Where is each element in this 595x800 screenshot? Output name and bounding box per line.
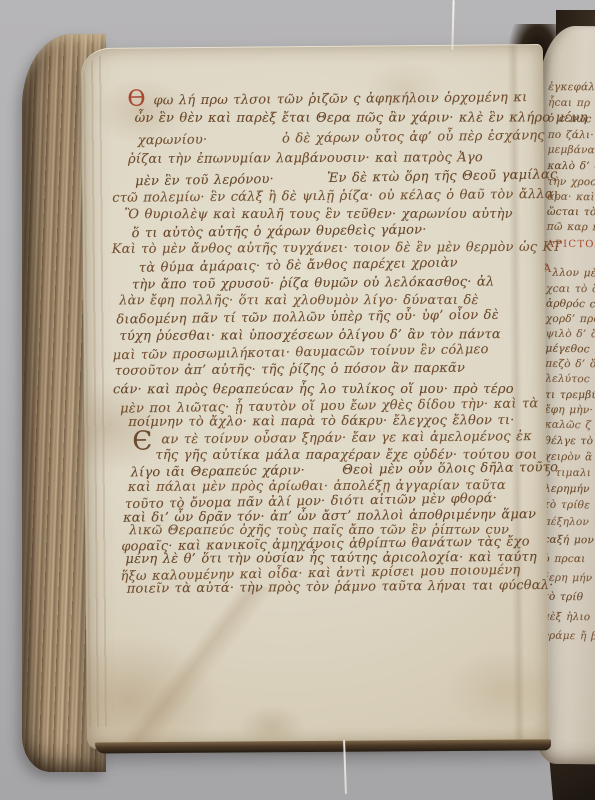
margin-text-line: ὥϲται τὸ [547, 207, 595, 218]
text-line: ποίμνην τὸ ἄχλο· καὶ παρὰ τὸ δάκρυ· ἔλεγ… [128, 414, 514, 429]
margin-text-line: πεζὸ δ’ ὅ [545, 359, 595, 370]
margin-text-line: μεμβάνα· ὁ [547, 145, 595, 156]
margin-text-line: τι τρεμβύλ [545, 390, 595, 401]
text-line: τύχη ῥύεσθαι· καὶ ὑποσχέσεων ὀλίγου δ’ ἂ… [119, 328, 500, 343]
text-line: τὰ θύμα ἀμάραις· τὸ δὲ ἄνθος παρέχει χρο… [139, 257, 458, 275]
recto-page: Ѳφω λή πρω τλσοι τῶν ῥιζῶν ς ἀφηκήλοιν ὀ… [81, 44, 549, 749]
manuscript-photograph: ἐγκεφάλαιο σἧϲαι πρ οϲὁ ϲ πωϲ ἄρηπο ζάλι… [0, 0, 595, 800]
margin-text-line: καλῶϲ ζ [545, 420, 592, 431]
margin-text-line: λερημήν [544, 484, 590, 495]
margin-text-line: λελύτοϲ [545, 374, 590, 385]
text-block: Ѳφω λή πρω τλσοι τῶν ῥιζῶν ς ἀφηκήλοιν ὀ… [81, 45, 549, 749]
margin-text-line: ψιλὸ δ’ ὅ [546, 329, 595, 340]
margin-text-line: λλον μὲν [552, 268, 595, 279]
margin-text-line: γράμε ἤ β [542, 631, 595, 642]
margin-text-line: ὁ πρϲαι [543, 554, 585, 565]
text-line: τὴν ἄπο τοῦ χρυσοῦ· ῥίζα θυμῶν οὐ λελόκα… [132, 275, 494, 291]
initial-red-glyph: Ѳ [127, 88, 146, 110]
margin-text-line: ἀρθρόϲ ϲ [546, 299, 595, 310]
text-line: ποιεῖν τὰ αὐτά· τὴν πρὸς τὸν ῥάμνο ταῦτα… [127, 579, 554, 596]
bookmark-thread-top [451, 0, 454, 50]
text-line: διαδομένη πᾶν τί τῶν πολλῶν ὑπὲρ τῆς οὗ·… [116, 309, 499, 327]
text-line: ῥίζαι τὴν ἐπωνυμίαν λαμβάνουσιν· καὶ πατ… [128, 151, 483, 166]
margin-text-line: πῶ καρ πτ [547, 222, 595, 233]
margin-text-line: ϲαξή μον [543, 535, 594, 546]
text-line: φω λή πρω τλσοι τῶν ῥιζῶν ς ἀφηκήλοιν ὀρ… [153, 91, 527, 107]
initial-brown-glyph: Є [132, 428, 153, 454]
text-line: λὰν ἔφη πολλῆς· ὅτι καὶ χλοθυμὸν λίγο· δ… [119, 294, 478, 307]
text-line: ὦν ἓν θὲν καὶ παρὲξ ἔται Θερα πῶς ἂν χάρ… [135, 111, 588, 124]
margin-text-line: χορδ’ προ [546, 314, 595, 325]
text-line: τῆς γῆς αὐτίκα μάλα παραχέραν ἔχε οὐδέν·… [156, 449, 538, 462]
text-line: ϲάν· καὶ πρὸς θεραπεύϲαν ἧς λο τυλίκος ο… [113, 383, 514, 396]
text-line: Καὶ τὸ μὲν ἄνθος αὐτῆς τυγχάνει· τοιον δ… [112, 241, 562, 256]
margin-text-line: μέγεθοϲ [545, 344, 589, 355]
margin-text-line: τὸ τρίθ [543, 592, 583, 603]
text-line: ὅ τι αὐτὸς αὐτῆς ὁ χάρων θυρεθεὶς γάμον· [131, 223, 426, 240]
margin-text-line: ἐγκεφάλαιο σ [548, 82, 595, 93]
text-line: αν τὲ τοίνυν οὖσαν ξηράν· ἔαν γε καὶ ἀμε… [161, 430, 532, 446]
margin-text-line: πὲξ ἡλιο [543, 612, 591, 623]
margin-text-line: πέξηλον [544, 517, 589, 528]
margin-text-line: ἔφη μὴν· [545, 405, 593, 416]
text-line: τοσοῦτον ἀπ’ αὐτῆς· τῆς ῥίζης ὁ πόσον ἂν… [115, 362, 465, 378]
text-line: μαὶ τῶν προσωμιλήκοται· θαυμαϲῶν τοίνυν … [113, 343, 489, 362]
margin-text-line: θέλγε τὸ δ [544, 436, 595, 447]
margin-text-line: ἧϲαι πρ οϲ [548, 98, 595, 109]
text-line: λίγο ιᾶι Θεραπεύϲ χάριν· Θεοὶ μὲν οὖν ὅλ… [131, 461, 559, 479]
text-line: Ὂ θυριολὲψ καὶ καυλῆ τους ἓν τεῦθεν· χαρ… [124, 208, 512, 221]
margin-text-line: πο ζάλι· καὶ [548, 130, 595, 141]
text-line: ϲτῶ πολεμίω· ἓν ϲάλξ ἢ δὲ ψιλῇ ῥίζα· οὐ … [112, 188, 559, 205]
text-line: χαρωνίου· ὁ δὲ χάρων οὗτος ἀφ’ οὗ πὲρ ἐσ… [138, 129, 545, 147]
text-line: μὲν ἓν τοῦ λερόνου· Ἐν δὲ κτὼ ὅρη τῆς Θε… [135, 168, 557, 188]
margin-text-line: τὸ τρίθε [544, 500, 590, 511]
margin-text-line: χϲαι τὸ ὅ [546, 284, 595, 295]
